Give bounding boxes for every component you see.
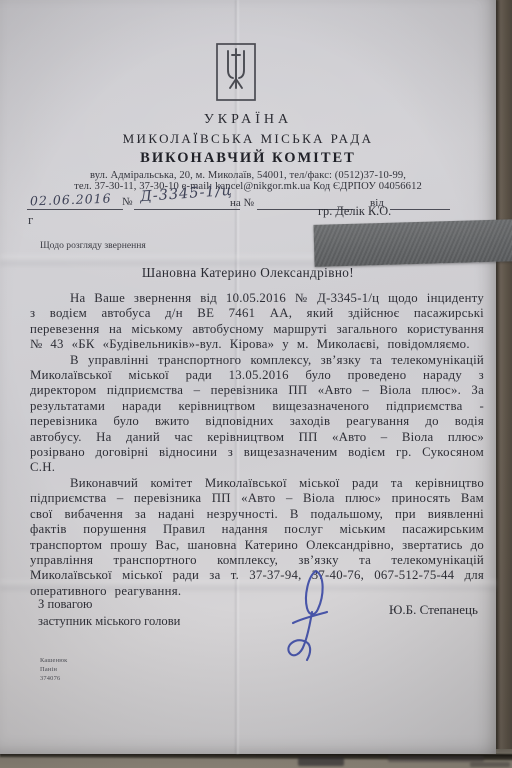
paragraph-3: Виконавчий комітет Миколаївської міської… [30,476,484,599]
closing-regards: З повагою [38,597,92,612]
addressee-name: гр. Делік К.О. [318,204,391,219]
photo-of-letter: УКРАЇНА МИКОЛАЇВСЬКА МІСЬКА РАДА ВИКОНАВ… [0,0,512,768]
paragraph-1: На Ваше звернення від 10.05.2016 № Д-334… [30,291,484,353]
desk-background-right [495,0,512,768]
executor-name-1: Кашенюк [40,656,67,665]
blurred-text-fragment [470,762,510,767]
org-address-line1: вул. Адміральська, 20, м. Миколаїв, 5400… [0,170,496,181]
closing-position: заступник міського голови [38,614,180,629]
country-title: УКРАЇНА [0,112,496,128]
letter-body: На Ваше звернення від 10.05.2016 № Д-334… [30,291,484,599]
blurred-text-fragment [388,756,484,762]
signer-name: Ю.Б. Степанець [389,602,478,618]
blurred-text-fragment [298,757,344,766]
signature-icon [283,568,345,670]
executor-block: Кашенюк Панін 374076 [40,656,67,683]
executor-name-2: Панін [40,665,67,674]
number-underline [134,209,240,210]
redaction-bar [313,219,512,267]
incoming-date-underline [390,209,450,210]
organization-name: МИКОЛАЇВСЬКА МІСЬКА РАДА [0,131,496,147]
executor-phone: 374076 [40,674,67,683]
handwritten-date: 02.06.2016 [30,191,112,209]
reply-to-number-label: на № [230,197,254,209]
number-sign-label: № [122,196,133,208]
corner-mark: г [28,212,33,228]
date-underline [27,209,123,210]
org-address-line2: тел. 37-30-11, 37-30-10 e-mail: kancel@n… [0,181,496,192]
subject-line: Щодо розгляду звернення [40,240,146,251]
trident-emblem-icon [213,42,259,109]
letter-content: УКРАЇНА МИКОЛАЇВСЬКА МІСЬКА РАДА ВИКОНАВ… [0,0,496,754]
salutation: Шановна Катерино Олександрівно! [0,265,496,281]
department-name: ВИКОНАВЧИЙ КОМІТЕТ [0,150,496,167]
letter-paper: УКРАЇНА МИКОЛАЇВСЬКА МІСЬКА РАДА ВИКОНАВ… [0,0,496,754]
paragraph-2: В управлінні транспортного комплексу, зв… [30,353,484,476]
